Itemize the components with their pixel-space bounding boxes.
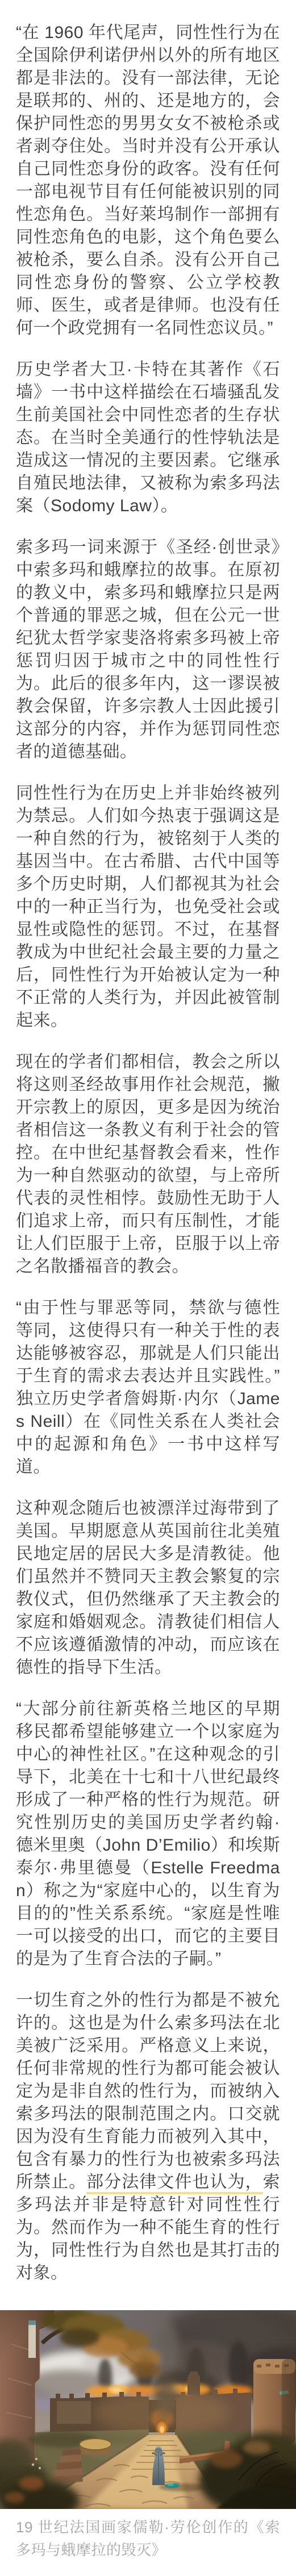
paragraph-1: “在 1960 年代尾声，同性性行为在全国除伊利诺伊州以外的所有地区都是非法的。… — [16, 22, 280, 340]
page: “在 1960 年代尾声，同性性行为在全国除伊利诺伊州以外的所有地区都是非法的。… — [0, 0, 296, 2576]
figure: 19 世纪法国画家儒勒·劳伦创作的《索多玛与蛾摩拉的毁灭》 — [0, 2310, 296, 2576]
paragraph-8: “大部分前往新英格兰地区的早期移民都希望能够建立一个以家庭为中心的神性社区。”在… — [16, 1698, 280, 1970]
paragraph-6: “由于性与罪恶等同，禁欲与德性等同，这使得只有一种关于性的表达能够被容忍，那就是… — [16, 1297, 280, 1479]
paragraph-7: 这种观念随后也被漂洋过海带到了美国。早期愿意从英国前往北美殖民地定居的居民大多是… — [16, 1497, 280, 1679]
paragraph-9-before: 一切生育之外的性行为都是不被允许的。这也是为什么索多玛法在北美被广泛采用。严格意… — [16, 1991, 280, 2191]
paragraph-2: 历史学者大卫·卡特在其著作《石墙》一书中这样描绘在石墙骚乱发生前美国社会中同性恋… — [16, 358, 280, 517]
paragraph-9: 一切生育之外的性行为都是不被允许的。这也是为什么索多玛法在北美被广泛采用。严格意… — [16, 1989, 280, 2285]
sodom-destruction-painting-svg — [0, 2310, 296, 2509]
figure-caption: 19 世纪法国画家儒勒·劳伦创作的《索多玛与蛾摩拉的毁灭》 — [0, 2509, 296, 2576]
paragraph-4: 同性性行为在历史上并非始终被列为禁忌。人们如今热衷于强调这是一种自然的行为，被铭… — [16, 782, 280, 1032]
article-body: “在 1960 年代尾声，同性性行为在全国除伊利诺伊州以外的所有地区都是非法的。… — [0, 0, 296, 2307]
paragraph-5: 现在的学者们都相信，教会之所以将这则圣经故事用作社会规范，撇开宗教上的原因，更多… — [16, 1051, 280, 1278]
paragraph-3: 索多玛一词来源于《圣经·创世录》中索多玛和蛾摩拉的故事。在原初的教义中，索多玛和… — [16, 536, 280, 763]
sodom-destruction-painting — [0, 2310, 296, 2509]
highlight-underline[interactable]: 部分法律文件也认为， — [86, 2173, 262, 2194]
